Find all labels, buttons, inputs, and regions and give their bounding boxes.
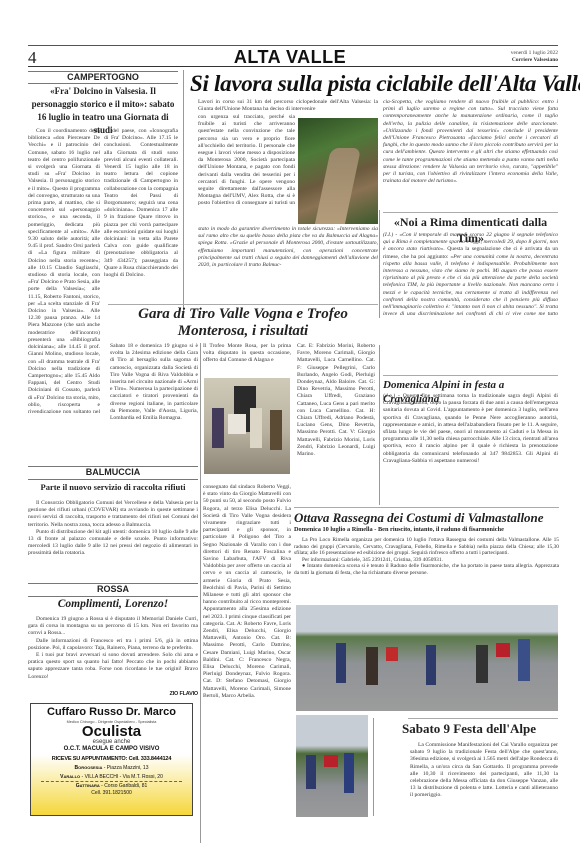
gara-headline: Gara di Tiro Valle Vogna e TrofeoMontero… bbox=[108, 306, 378, 340]
rossa-headline: Complimenti, Lorenzo! bbox=[28, 598, 198, 610]
balmuccia-body: Il Consorzio Obbligatorio Comuni del Ver… bbox=[28, 500, 198, 558]
ad-appointment: RICEVE SU APPUNTAMENTO: Cell. 333.844412… bbox=[31, 754, 192, 764]
section-label-rossa: ROSSA bbox=[28, 584, 198, 594]
issue-date: venerdì 1 luglio 2022 bbox=[511, 50, 558, 56]
pista-body-bottom: stato in modo da garantire divertimento … bbox=[198, 226, 378, 282]
ad-location-borgosesia: Borgosesia - Piazza Mazzini, 13 bbox=[31, 764, 192, 773]
ad-location-varallo: Varallo - VILLA BECCHI - Via M.T. Rossi,… bbox=[41, 773, 182, 782]
pista-body-col1: con urgenza sul tracciato, perché sia fr… bbox=[198, 114, 295, 205]
gara-body-col1: Sabato 18 e domenica 19 giugno si è svol… bbox=[110, 343, 198, 463]
accordion-players-photo-2 bbox=[296, 715, 368, 817]
pista-lead: Lavori in corso sui 31 km del percorso c… bbox=[198, 99, 378, 113]
alpe-headline: Sabato 9 Festa dell'Alpe bbox=[379, 721, 559, 737]
ad-services: O.C.T. MACULA E CAMPO VISIVO bbox=[31, 745, 192, 754]
award-ceremony-photo bbox=[204, 378, 290, 474]
valmastallone-headline: Ottava Rassegna dei Costumi di Valmastal… bbox=[294, 510, 559, 525]
ad-doctor-name: Cuffaro Russo Dr. Marco bbox=[31, 706, 192, 719]
rossa-body: Domenica 19 giugno a Rossa si è disputat… bbox=[28, 616, 198, 681]
accordion-players-photo-1 bbox=[296, 605, 558, 711]
alpini-body: (d.o.) - Questo fine settimana torna la … bbox=[383, 393, 558, 503]
section-label-balmuccia: BALMUCCIA bbox=[28, 467, 198, 477]
tim-body: (I.I.) - «Con il temporale di martedì sc… bbox=[383, 232, 558, 317]
publication-name: Corriere Valsesiano bbox=[512, 57, 558, 63]
gara-body-col2-bottom: consegnato dal sindaco Roberto Veggi, è … bbox=[203, 484, 291, 844]
valmastallone-subhead: Domenica 10 luglio a Rimella - Ben riusc… bbox=[294, 526, 559, 533]
section-title: ALTA VALLE bbox=[200, 47, 380, 68]
pista-body-col2: cia-Scopetta, che vogliamo rendere di nu… bbox=[383, 99, 558, 214]
pista-headline: Si lavora sulla pista ciclabile dell'Alt… bbox=[190, 70, 560, 98]
ad-specialty: Oculista bbox=[31, 725, 192, 739]
ad-location-gattinara: Gattinara - Corso Garibaldi, 81 bbox=[31, 782, 192, 790]
page-number: 4 bbox=[28, 48, 37, 68]
gara-body-col3: Cat. E: Fabrizio Morini, Roberto Favre, … bbox=[297, 343, 375, 503]
section-label-campertogno: CAMPERTOGNO bbox=[28, 72, 178, 82]
campertogno-body-col1: Con il coordinamento della biblioteca «d… bbox=[28, 128, 100, 415]
valmastallone-body: La Pro Loco Rimella organizza per domeni… bbox=[294, 537, 559, 577]
forest-path-photo bbox=[298, 118, 378, 224]
balmuccia-headline: Parte il nuovo servizio di raccolta rifi… bbox=[28, 482, 198, 492]
gara-body-col2-top: Il Trofeo Monte Rosa, per la prima volta… bbox=[203, 343, 291, 365]
oculist-advertisement: Cuffaro Russo Dr. Marco Medico Chirurgo … bbox=[30, 703, 193, 816]
ad-phone: Cell. 391.1821500 bbox=[31, 790, 192, 797]
alpe-body: La Commissione Manifestazioni del Cai Va… bbox=[410, 742, 558, 800]
rossa-signature: ZIO FLAVIO bbox=[120, 691, 198, 697]
campertogno-body-col2: del paese, con «Iconografia di Fra' Dolc… bbox=[104, 128, 178, 308]
